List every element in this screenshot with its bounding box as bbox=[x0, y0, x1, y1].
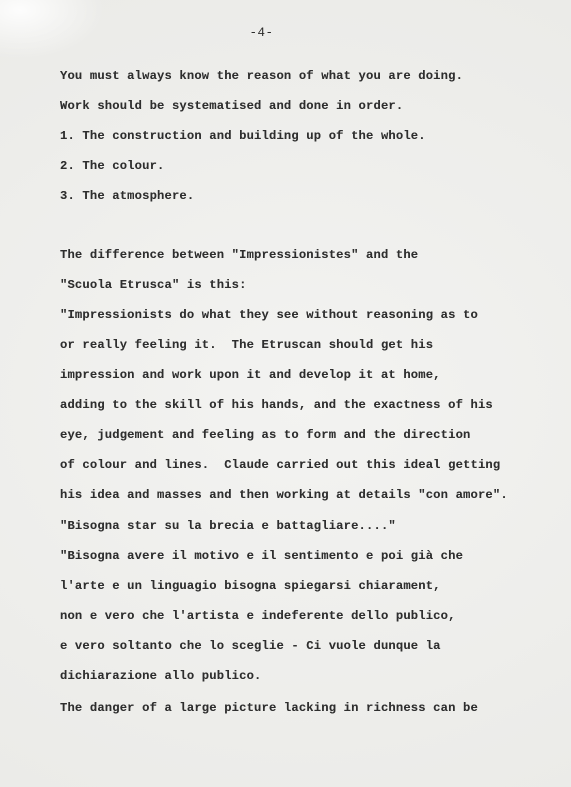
text-line: The difference between "Impressionistes"… bbox=[60, 248, 418, 262]
text-line: "Impressionists do what they see without… bbox=[60, 308, 478, 322]
quote-line: non e vero che l'artista e indeferente d… bbox=[60, 609, 456, 623]
typewritten-page: -4- You must always know the reason of w… bbox=[0, 0, 571, 787]
text-line: Work should be systematised and done in … bbox=[60, 99, 403, 113]
quote-line: e vero soltanto che lo sceglie - Ci vuol… bbox=[60, 639, 441, 653]
list-item: 1. The construction and building up of t… bbox=[60, 129, 426, 143]
text-line: "Scuola Etrusca" is this: bbox=[60, 278, 247, 292]
text-line: of colour and lines. Claude carried out … bbox=[60, 458, 500, 472]
quote-line: l'arte e un linguagio bisogna spiegarsi … bbox=[60, 579, 441, 593]
text-line: The danger of a large picture lacking in… bbox=[60, 701, 478, 715]
text-line: adding to the skill of his hands, and th… bbox=[60, 398, 493, 412]
page-number: -4- bbox=[0, 26, 547, 40]
list-item: 2. The colour. bbox=[60, 159, 165, 173]
list-item: 3. The atmosphere. bbox=[60, 189, 194, 203]
text-line: or really feeling it. The Etruscan shoul… bbox=[60, 338, 433, 352]
quote-line: dichiarazione allo publico. bbox=[60, 669, 262, 683]
text-line: impression and work upon it and develop … bbox=[60, 368, 441, 382]
text-line: eye, judgement and feeling as to form an… bbox=[60, 428, 471, 442]
text-line: his idea and masses and then working at … bbox=[60, 488, 508, 502]
quote-line: "Bisogna avere il motivo e il sentimento… bbox=[60, 549, 463, 563]
text-line: You must always know the reason of what … bbox=[60, 69, 463, 83]
quote-line: "Bisogna star su la brecia e battagliare… bbox=[60, 519, 396, 533]
